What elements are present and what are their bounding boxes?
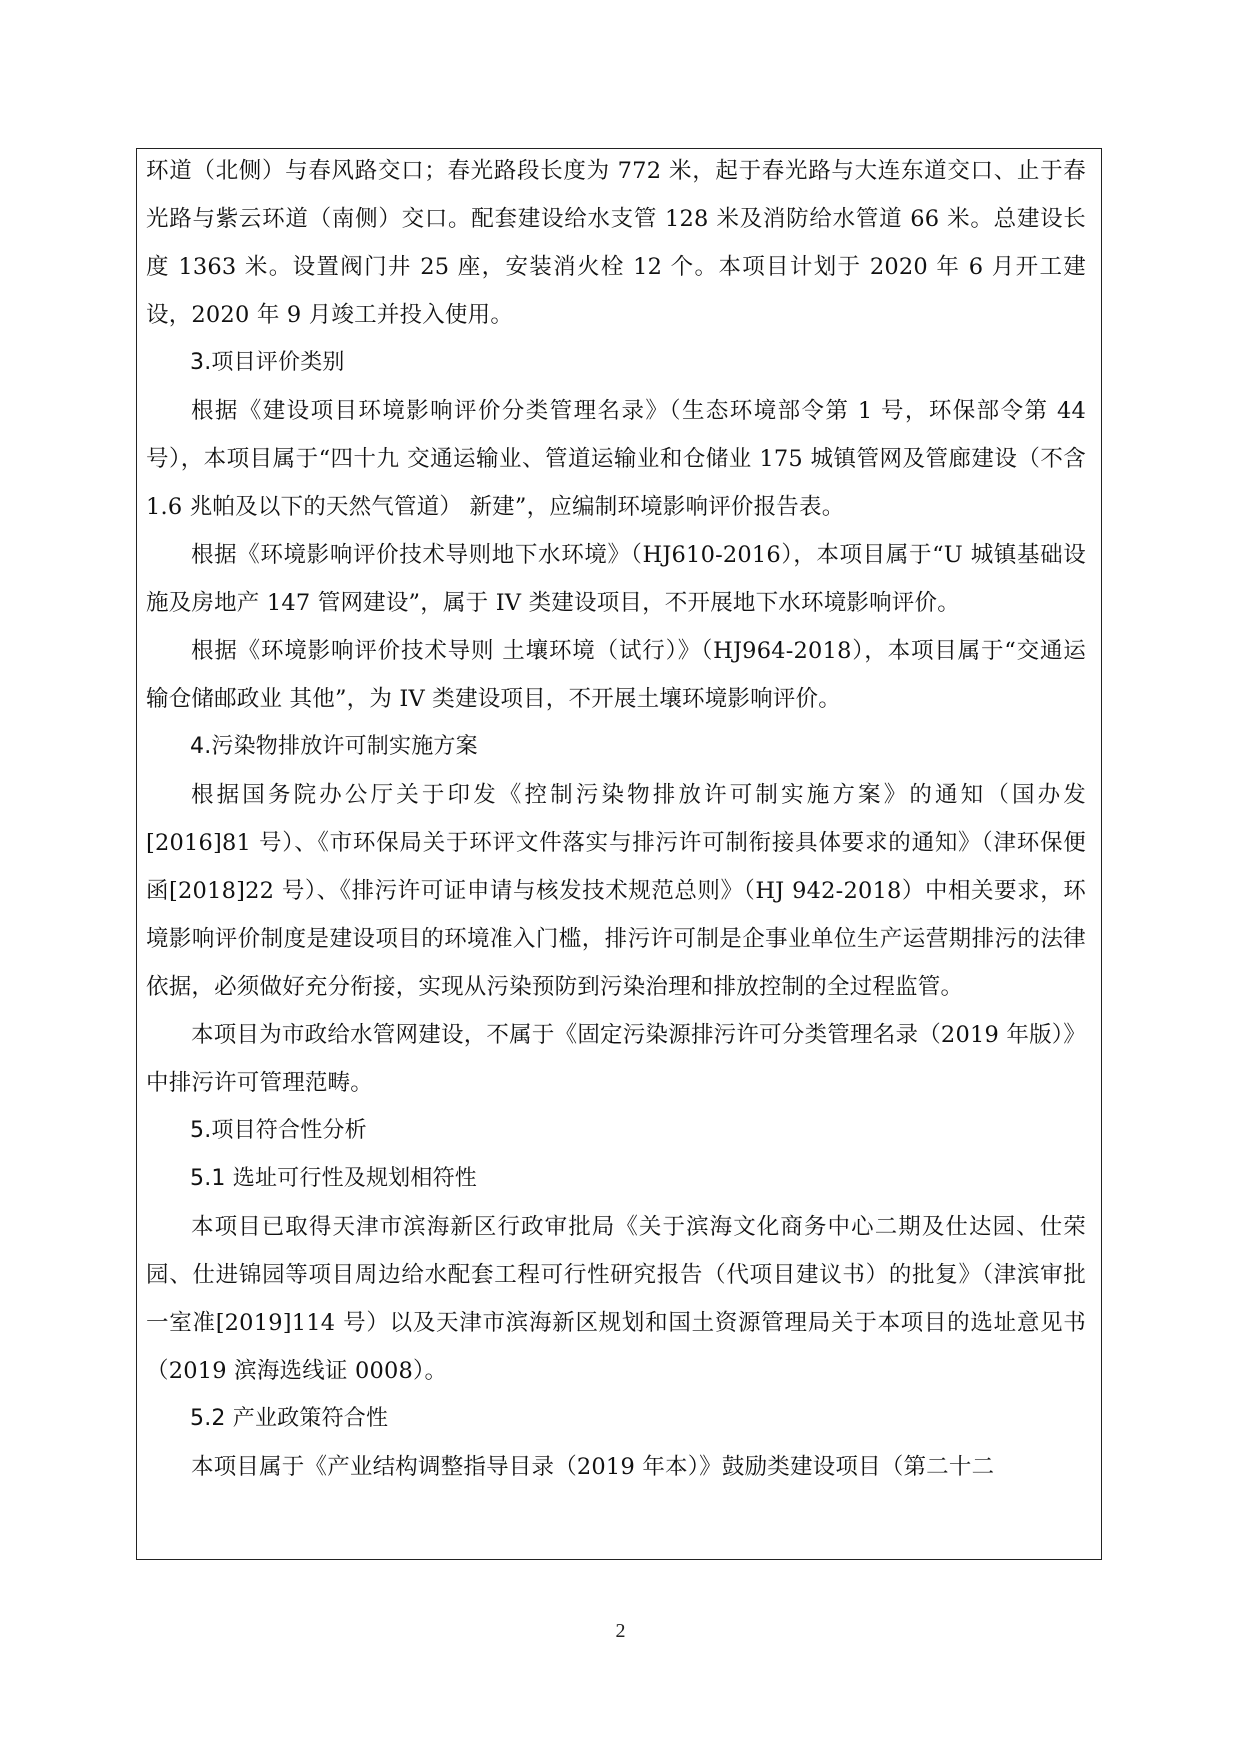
paragraph-classification-catalog: 根据《建设项目环境影响评价分类管理名录》（生态环境部令第 1 号，环保部令第 4…: [146, 387, 1086, 531]
paragraph-permit-scope: 本项目为市政给水管网建设，不属于《固定污染源排污许可分类管理名录（2019 年版…: [146, 1011, 1086, 1107]
document-body: 环道（北侧）与春风路交口；春光路段长度为 772 米，起于春光路与大连东道交口、…: [146, 147, 1086, 1491]
heading-industrial-policy: 5.2 产业政策符合性: [146, 1395, 1086, 1443]
heading-pollutant-permit: 4.污染物排放许可制实施方案: [146, 723, 1086, 771]
paragraph-groundwater-guideline: 根据《环境影响评价技术导则地下水环境》（HJ610-2016），本项目属于“U …: [146, 531, 1086, 627]
page-number: 2: [0, 1620, 1241, 1643]
heading-evaluation-category: 3.项目评价类别: [146, 339, 1086, 387]
paragraph-project-scope-continuation: 环道（北侧）与春风路交口；春光路段长度为 772 米，起于春光路与大连东道交口、…: [146, 147, 1086, 339]
paragraph-site-approval: 本项目已取得天津市滨海新区行政审批局《关于滨海文化商务中心二期及仕达园、仕荣园、…: [146, 1203, 1086, 1395]
paragraph-soil-guideline: 根据《环境影响评价技术导则 土壤环境（试行）》（HJ964-2018），本项目属…: [146, 627, 1086, 723]
paragraph-permit-requirements: 根据国务院办公厅关于印发《控制污染物排放许可制实施方案》的通知（国办发[2016…: [146, 771, 1086, 1011]
heading-compliance-analysis: 5.项目符合性分析: [146, 1107, 1086, 1155]
paragraph-industrial-catalog: 本项目属于《产业结构调整指导目录（2019 年本）》鼓励类建设项目（第二十二: [146, 1443, 1086, 1491]
heading-site-selection: 5.1 选址可行性及规划相符性: [146, 1155, 1086, 1203]
